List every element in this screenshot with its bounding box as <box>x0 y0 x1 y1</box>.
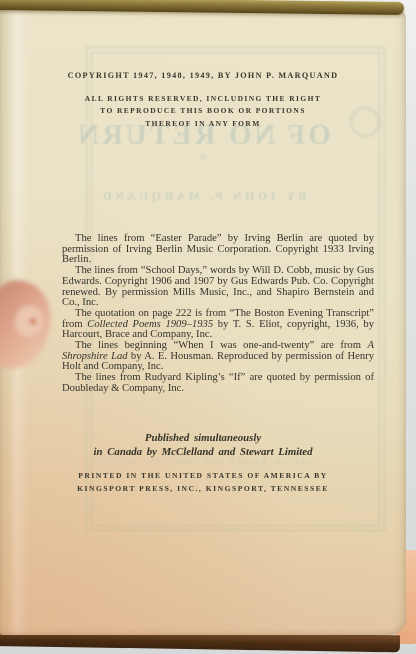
thumb-nail-spot <box>30 319 36 324</box>
rights-line-1: ALL RIGHTS RESERVED, INCLUDING THE RIGHT <box>30 93 376 105</box>
permission-paragraph-school-days: The lines from “School Days,” words by W… <box>62 266 374 309</box>
show-through-star-ornament: ✳ <box>0 151 406 164</box>
rights-reserved-notice: ALL RIGHTS RESERVED, INCLUDING THE RIGHT… <box>30 93 376 130</box>
permission-italic-segment: Collected Poems 1909–1935 <box>87 319 213 330</box>
permission-paragraph-boston-evening-transcript: The quotation on page 222 is from “The B… <box>62 309 374 341</box>
permission-text-segment: The lines beginning “When I was one-and-… <box>75 340 368 351</box>
permission-text-segment: The lines from Rudyard Kipling’s “If” ar… <box>62 372 374 394</box>
printer-note: PRINTED IN THE UNITED STATES OF AMERICA … <box>30 469 376 495</box>
published-line-2: in Canada by McClelland and Stewart Limi… <box>30 446 376 460</box>
copyright-notice: COPYRIGHT 1947, 1948, 1949, BY JOHN P. M… <box>30 71 376 80</box>
permissions-block: The lines from “Easter Parade” by Irving… <box>62 234 374 395</box>
printed-line-2: KINGSPORT PRESS, INC., KINGSPORT, TENNES… <box>30 482 376 495</box>
permission-text-segment: The lines from “Easter Parade” by Irving… <box>62 233 374 265</box>
canada-publication-note: Published simultaneously in Canada by Mc… <box>30 432 376 459</box>
permission-text-segment: The lines from “School Days,” words by W… <box>62 265 374 308</box>
permission-paragraph-kipling-if: The lines from Rudyard Kipling’s “If” ar… <box>62 373 374 394</box>
printed-line-1: PRINTED IN THE UNITED STATES OF AMERICA … <box>30 469 376 482</box>
permission-paragraph-easter-parade: The lines from “Easter Parade” by Irving… <box>62 234 374 266</box>
permission-paragraph-shropshire-lad: The lines beginning “When I was one-and-… <box>62 341 374 373</box>
rights-line-2: TO REPRODUCE THIS BOOK OR PORTIONS <box>30 105 376 117</box>
thumb-holding-page <box>0 281 50 369</box>
rights-line-3: THEREOF IN ANY FORM <box>30 118 376 130</box>
show-through-byline: BY JOHN P. MARQUAND <box>0 189 406 204</box>
book-photo: OF NO RETURN ✳ BY JOHN P. MARQUAND LITTL… <box>0 0 416 654</box>
published-line-1: Published simultaneously <box>30 432 376 446</box>
copyright-page: OF NO RETURN ✳ BY JOHN P. MARQUAND LITTL… <box>0 9 406 635</box>
